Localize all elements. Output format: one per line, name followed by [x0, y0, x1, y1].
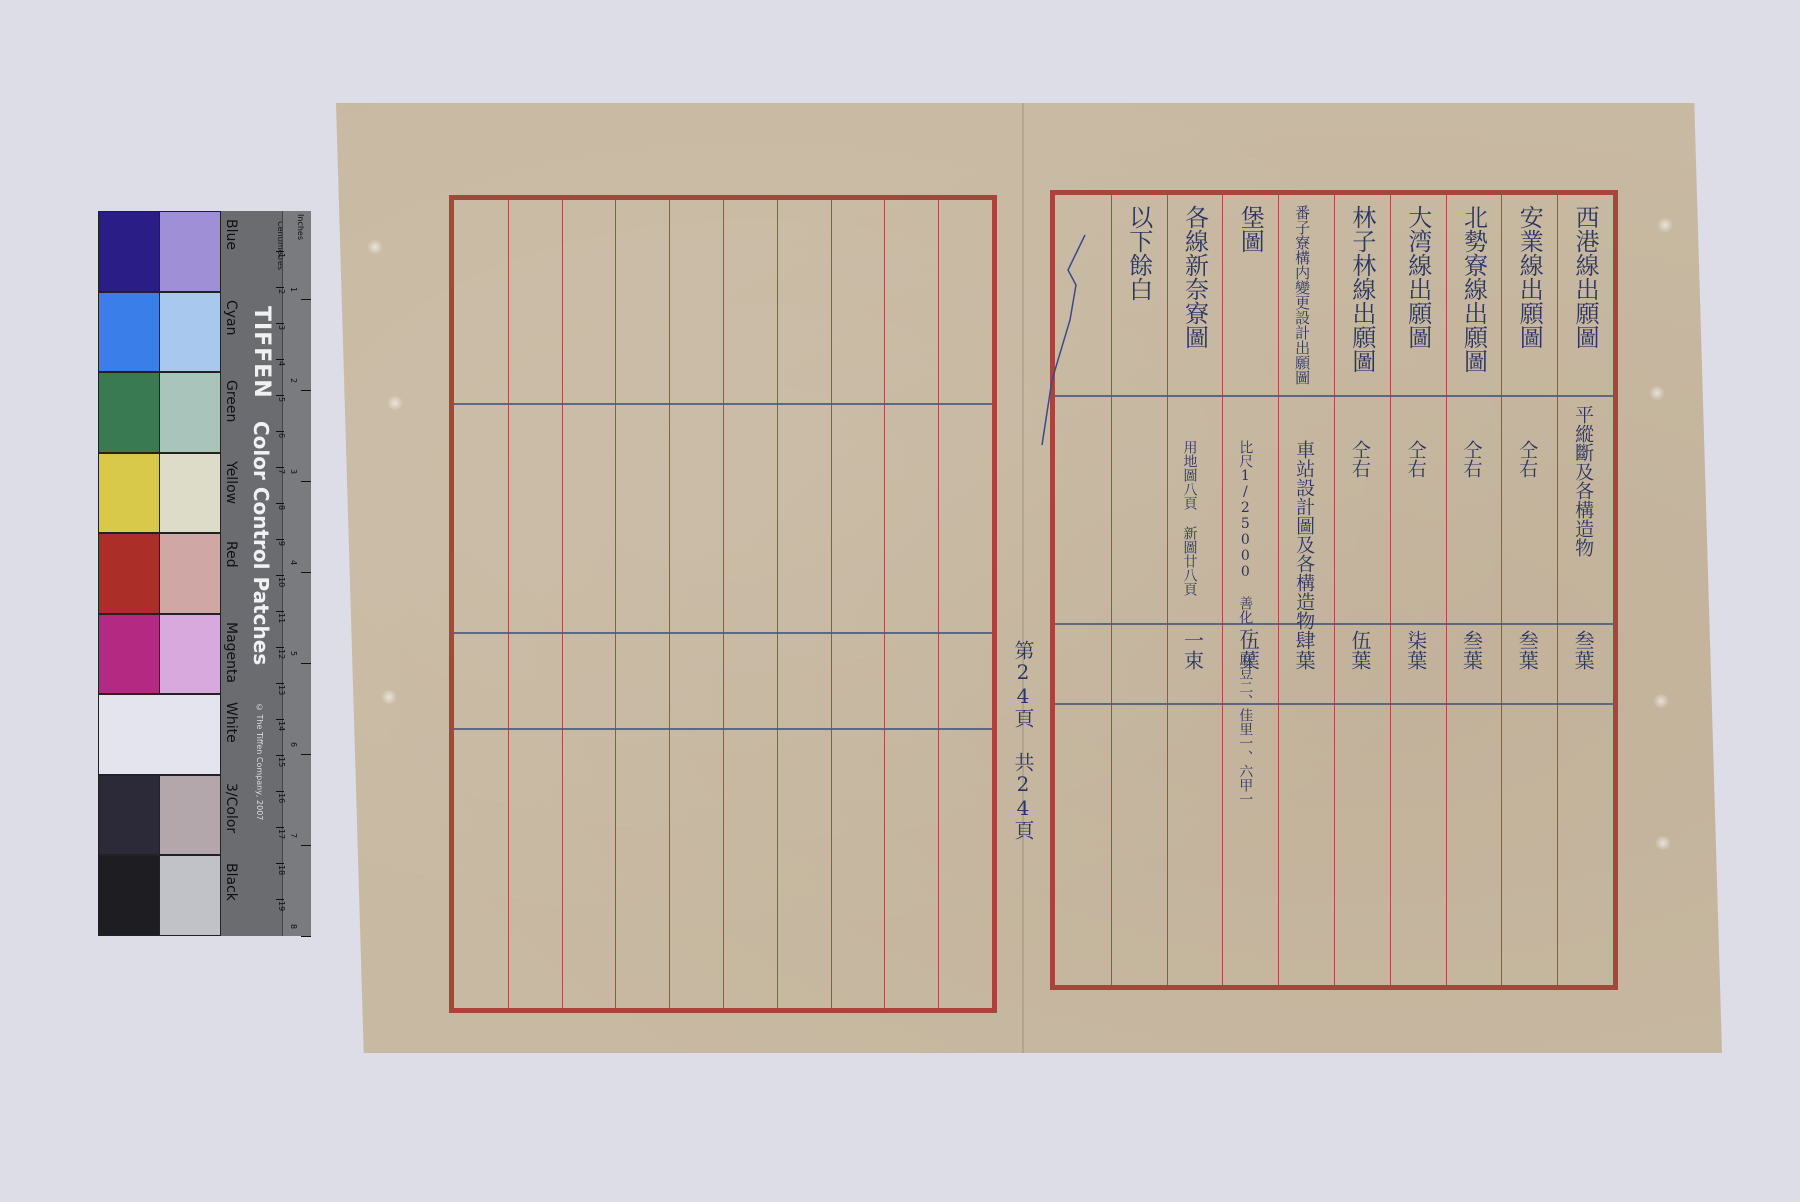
column-count: 叁葉	[1462, 630, 1482, 670]
inch-scale: Inches	[282, 211, 311, 936]
patch-green-dark	[98, 372, 160, 453]
cm-tick	[276, 323, 284, 324]
row-rule	[1055, 395, 1613, 397]
inch-tick-label: 6	[289, 742, 298, 747]
binding-hole	[1648, 386, 1666, 400]
cm-tick-label: 19	[277, 901, 286, 911]
cm-tick	[276, 467, 284, 468]
column-count: 伍葉	[1350, 630, 1370, 670]
patch-label: Magenta	[223, 622, 239, 683]
row-rule	[454, 632, 992, 634]
column-rule	[831, 200, 832, 1008]
row-rule	[1055, 703, 1613, 705]
cm-tick-label: 7	[277, 469, 286, 474]
cm-tick	[276, 251, 284, 252]
inches-label: Inches	[296, 214, 305, 240]
cm-tick-label: 3	[277, 325, 286, 330]
cm-tick-label: 4	[277, 361, 286, 366]
column-rule	[1278, 195, 1279, 985]
inch-tick	[301, 663, 311, 664]
center-fold	[1022, 103, 1024, 1053]
inch-tick-label: 5	[289, 651, 298, 656]
left-page-frame	[449, 195, 997, 1013]
card-title: Color Control Patches	[249, 421, 273, 665]
column-title: 番子寮構内變更設計出願圖	[1294, 205, 1309, 385]
column-rule	[1334, 195, 1335, 985]
patch-label: Blue	[223, 219, 239, 250]
patch-cyan-dark	[98, 292, 160, 373]
column-description: 比尺1/25000 善化一、麻豆二、佳里一、六甲一	[1238, 440, 1252, 806]
column-count: 伍葉	[1238, 630, 1258, 670]
column-title: 北勢寮線出願圖	[1462, 205, 1486, 373]
column-rule	[777, 200, 778, 1008]
card-copyright: © The Tiffen Company, 2007	[255, 703, 264, 820]
patch-blue-light	[159, 211, 221, 292]
column-rule	[1167, 195, 1168, 985]
column-rule	[723, 200, 724, 1008]
inch-tick-label: 1	[289, 287, 298, 292]
column-description: 用地圖八頁 新圖廿八頁	[1183, 440, 1197, 596]
pencil-mark	[1040, 230, 1100, 450]
column-title: 林子林線出願圖	[1350, 205, 1374, 373]
cm-tick-label: 14	[277, 721, 286, 731]
column-count: 叁葉	[1573, 630, 1593, 670]
patch-white	[98, 694, 221, 775]
inch-tick-label: 7	[289, 833, 298, 838]
column-description: 車站設計圖及各構造物	[1294, 440, 1313, 630]
cm-tick-label: 15	[277, 757, 286, 767]
cm-tick	[276, 899, 284, 900]
ruler-strip: TIFFEN Color Control Patches © The Tiffe…	[221, 211, 311, 936]
inch-tick	[301, 481, 311, 482]
patch-label: White	[223, 702, 239, 743]
cm-tick-label: 16	[277, 793, 286, 803]
patch-label: Green	[223, 380, 239, 422]
inch-tick	[301, 299, 311, 300]
cm-tick	[276, 395, 284, 396]
binding-hole	[386, 396, 404, 410]
inch-tick-label: 3	[289, 469, 298, 474]
column-count: 叁葉	[1517, 630, 1537, 670]
patch-3color-dark	[98, 775, 160, 856]
binding-hole	[366, 240, 384, 254]
patch-black-light	[159, 855, 221, 936]
cm-tick-label: 8	[277, 505, 286, 510]
column-count: 肆葉	[1294, 630, 1314, 670]
inch-tick-label: 4	[289, 560, 298, 565]
column-title: 堡圖	[1238, 205, 1262, 253]
inch-tick-label: 2	[289, 378, 298, 383]
cm-tick	[276, 503, 284, 504]
cm-tick-label: 9	[277, 541, 286, 546]
patch-yellow-dark	[98, 453, 160, 534]
cm-tick	[276, 719, 284, 720]
page-number-note: 第24頁 共24頁	[1013, 640, 1033, 840]
patch-red-light	[159, 533, 221, 614]
column-rule	[669, 200, 670, 1008]
cm-tick	[276, 755, 284, 756]
column-rule	[1222, 195, 1223, 985]
column-description: 仝右	[1350, 440, 1369, 478]
patch-label: Yellow	[223, 461, 239, 504]
cm-tick	[276, 611, 284, 612]
patch-yellow-light	[159, 453, 221, 534]
cm-tick	[276, 827, 284, 828]
cm-tick-label: 2	[277, 289, 286, 294]
patch-label: Red	[223, 541, 239, 568]
column-count: 一束	[1183, 630, 1203, 670]
column-rule	[1111, 195, 1112, 985]
cm-tick	[276, 863, 284, 864]
column-title: 各線新奈寮圖	[1183, 205, 1207, 349]
row-rule	[1055, 623, 1613, 625]
binding-hole	[1654, 836, 1672, 850]
tiffen-brand: TIFFEN	[249, 306, 274, 399]
patch-cyan-light	[159, 292, 221, 373]
cm-tick-label: 6	[277, 433, 286, 438]
inch-tick	[301, 936, 311, 937]
cm-tick-label: 18	[277, 865, 286, 875]
cm-tick	[276, 431, 284, 432]
column-rule	[1390, 195, 1391, 985]
cm-tick	[276, 539, 284, 540]
cm-tick	[276, 287, 284, 288]
cm-tick	[276, 791, 284, 792]
patch-label: 3/Color	[223, 783, 239, 833]
binding-hole	[1656, 218, 1674, 232]
inch-tick	[301, 754, 311, 755]
column-title: 大湾線出願圖	[1406, 205, 1430, 349]
binding-hole	[380, 690, 398, 704]
cm-tick-label: 12	[277, 649, 286, 659]
column-description: 平縱斷及各構造物	[1573, 405, 1592, 557]
column-title: 安業線出願圖	[1517, 205, 1541, 349]
column-rule	[884, 200, 885, 1008]
color-control-card: TIFFEN Color Control Patches © The Tiffe…	[98, 211, 311, 936]
cm-tick-label: 11	[277, 613, 286, 623]
patch-label: Cyan	[223, 300, 239, 336]
patch-green-light	[159, 372, 221, 453]
cm-tick-label: 1	[277, 253, 286, 258]
cm-tick	[276, 359, 284, 360]
cm-tick	[276, 575, 284, 576]
inch-tick-label: 8	[289, 924, 298, 929]
column-rule	[508, 200, 509, 1008]
cm-tick-label: 17	[277, 829, 286, 839]
column-rule	[938, 200, 939, 1008]
patch-red-dark	[98, 533, 160, 614]
patch-3color-light	[159, 775, 221, 856]
inch-tick	[301, 390, 311, 391]
column-count: 柒葉	[1406, 630, 1426, 670]
column-rule	[615, 200, 616, 1008]
patch-black-dark	[98, 855, 160, 936]
column-title: 以下餘白	[1127, 205, 1151, 301]
column-rule	[1557, 195, 1558, 985]
column-rule	[1446, 195, 1447, 985]
color-patches	[98, 211, 221, 936]
column-rule	[562, 200, 563, 1008]
column-description: 仝右	[1517, 440, 1536, 478]
inch-tick	[301, 845, 311, 846]
patch-blue-dark	[98, 211, 160, 292]
cm-tick	[276, 647, 284, 648]
column-description: 仝右	[1462, 440, 1481, 478]
cm-tick-label: 10	[277, 577, 286, 587]
inch-tick	[301, 572, 311, 573]
column-description: 仝右	[1406, 440, 1425, 478]
patch-magenta-light	[159, 614, 221, 695]
patch-magenta-dark	[98, 614, 160, 695]
row-rule	[454, 728, 992, 730]
patch-label: Black	[223, 863, 239, 901]
cm-tick	[276, 683, 284, 684]
cm-tick-label: 13	[277, 685, 286, 695]
row-rule	[454, 403, 992, 405]
cm-tick-label: 5	[277, 397, 286, 402]
column-title: 西港線出願圖	[1573, 205, 1597, 349]
binding-hole	[1652, 694, 1670, 708]
column-rule	[1501, 195, 1502, 985]
